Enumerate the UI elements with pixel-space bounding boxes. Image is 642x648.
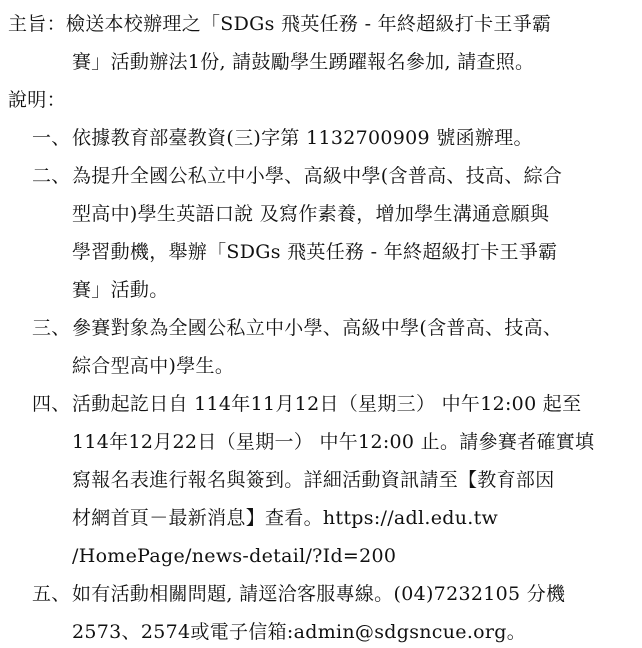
explanation-label: 說明： [8, 81, 66, 119]
list-item-2: 二、 為提升全國公私立中小學、高級中學(含普高、技高、綜合 [0, 157, 642, 195]
item-2-line-2: 型高中)學生英語口說 及寫作素養，增加學生溝通意願與 [72, 195, 642, 233]
item-2-line-3: 學習動機，舉辦「SDGs 飛英任務 - 年終超級打卡王爭霸 [72, 233, 642, 271]
item-1-line-1: 依據教育部臺教資(三)字第 1132700909 號函辦理。 [72, 119, 533, 157]
list-item-5: 五、 如有活動相關問題, 請逕洽客服專線。(04)7232105 分機 [0, 575, 642, 613]
item-4-line-2: 114年12月22日（星期一） 中午12:00 止。請參賽者確實填 [72, 423, 642, 461]
item-4-line-1: 活動起訖日自 114年11月12日（星期三） 中午12:00 起至 [72, 385, 581, 423]
official-letter-document: 主旨： 檢送本校辦理之「SDGs 飛英任務 - 年終超級打卡王爭霸 賽」活動辦法… [0, 0, 642, 648]
item-4-line-3: 寫報名表進行報名與簽到。詳細活動資訊請至【教育部因 [72, 461, 642, 499]
item-5-line-1: 如有活動相關問題, 請逕洽客服專線。(04)7232105 分機 [72, 575, 565, 613]
item-5-line-2-contact-email: 2573、2574或電子信箱:admin@sdgsncue.org。 [72, 613, 642, 648]
explanation-row: 說明： [0, 81, 642, 119]
list-item-3: 三、 參賽對象為全國公私立中小學、高級中學(含普高、技高、 [0, 309, 642, 347]
item-4-line-5-activity-url-path: /HomePage/news-detail/?Id=200 [72, 537, 642, 575]
subject-row: 主旨： 檢送本校辦理之「SDGs 飛英任務 - 年終超級打卡王爭霸 [0, 5, 642, 43]
item-2-number: 二、 [32, 157, 72, 195]
item-3-number: 三、 [32, 309, 72, 347]
item-3-line-1: 參賽對象為全國公私立中小學、高級中學(含普高、技高、 [72, 309, 562, 347]
list-item-4: 四、 活動起訖日自 114年11月12日（星期三） 中午12:00 起至 [0, 385, 642, 423]
item-4-number: 四、 [32, 385, 72, 423]
item-1-number: 一、 [32, 119, 72, 157]
item-4-line-4-activity-url: 材網首頁－最新消息】查看。https://adl.edu.tw [72, 499, 642, 537]
subject-text-line-1: 檢送本校辦理之「SDGs 飛英任務 - 年終超級打卡王爭霸 [66, 5, 551, 43]
item-3-line-2: 綜合型高中)學生。 [72, 347, 642, 385]
item-5-number: 五、 [32, 575, 72, 613]
list-item-1: 一、 依據教育部臺教資(三)字第 1132700909 號函辦理。 [0, 119, 642, 157]
subject-label: 主旨： [8, 5, 66, 43]
item-2-line-4: 賽」活動。 [72, 271, 642, 309]
item-2-line-1: 為提升全國公私立中小學、高級中學(含普高、技高、綜合 [72, 157, 562, 195]
subject-text-line-2: 賽」活動辦法1份, 請鼓勵學生踴躍報名參加, 請查照。 [72, 43, 642, 81]
